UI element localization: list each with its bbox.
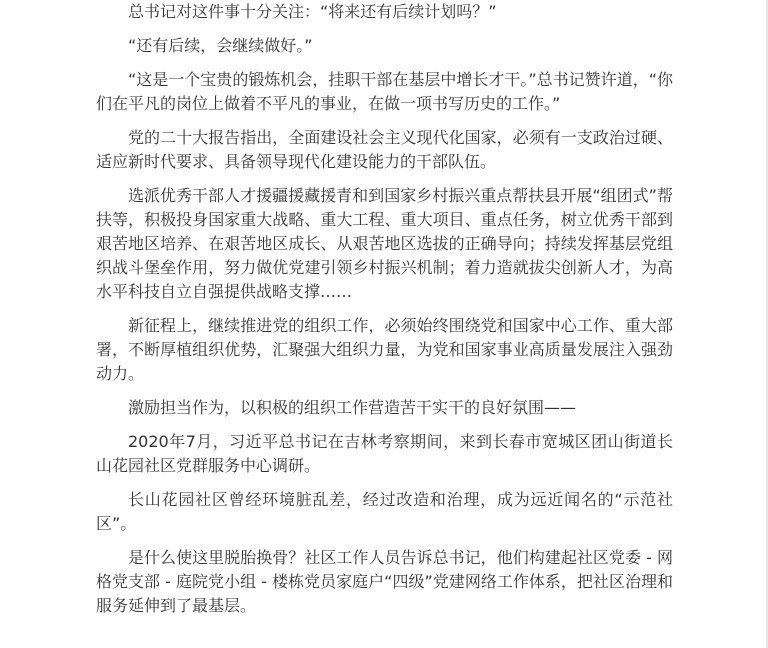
paragraph: 是什么使这里脱胎换骨？社区工作人员告诉总书记，他们构建起社区党委 - 网格党支部… — [96, 546, 673, 618]
paragraph: “这是一个宝贵的锻炼机会，挂职干部在基层中增长才干。”总书记赞许道，“你们在平凡… — [96, 68, 673, 116]
paragraph: 2020年7月，习近平总书记在吉林考察期间，来到长春市宽城区团山街道长山花园社区… — [96, 430, 673, 478]
paragraph: 总书记对这件事十分关注：“将来还有后续计划吗？” — [96, 0, 673, 24]
paragraph: 党的二十大报告指出，全面建设社会主义现代化国家，必须有一支政治过硬、适应新时代要… — [96, 126, 673, 174]
paragraph: 长山花园社区曾经环境脏乱差，经过改造和治理，成为远近闻名的“示范社区”。 — [96, 488, 673, 536]
paragraph: “还有后续，会继续做好。” — [96, 34, 673, 58]
article-body: 总书记对这件事十分关注：“将来还有后续计划吗？” “还有后续，会继续做好。” “… — [96, 0, 673, 628]
paragraph: 激励担当作为，以积极的组织工作营造苦干实干的良好氛围—— — [96, 396, 673, 420]
paragraph: 选派优秀干部人才援疆援藏援青和到国家乡村振兴重点帮扶县开展“组团式”帮扶等，积极… — [96, 184, 673, 304]
paragraph: 新征程上，继续推进党的组织工作，必须始终围绕党和国家中心工作、重大部署，不断厚植… — [96, 314, 673, 386]
